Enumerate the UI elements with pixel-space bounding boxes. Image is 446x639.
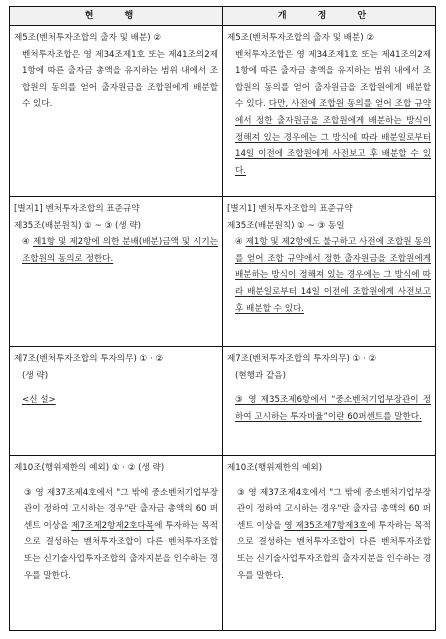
article-title: 제7조(벤처투자조합의 투자의무) ① · ② (14, 351, 218, 368)
same-note: (현행과 같음) (227, 368, 431, 385)
article-title: 제5조(벤처투자조합의 출자 및 배분) ② (227, 30, 431, 47)
table-row: 제10조(행위제한의 예외) ① · ② (생 략) ③ 영 제37조제4호에서… (10, 456, 436, 631)
added-text: ③ 영 제35조제6항에서 “중소벤처기업부장관이 정하여 고시하는 투자비율”… (235, 395, 431, 422)
table-row: [별지1] 벤처투자조합의 표준규약 제35조(배분원칙) ① ~ ③ (생 략… (10, 197, 436, 347)
cell-revised: 제7조(벤처투자조합의 투자의무) ① · ② (현행과 같음) ③ 영 제35… (223, 347, 436, 456)
changed-text: 영 제35조제7항제3호 (284, 521, 367, 531)
header-revised: 개 정 안 (223, 7, 436, 26)
header-row: 현 행 개 정 안 (10, 7, 436, 26)
new-marker: <신 설> (22, 395, 56, 405)
cell-revised: [별지1] 벤처투자조합의 표준규약 제35조(배분원칙) ① ~ ③ 동일 ④… (223, 197, 436, 347)
article-title: 제10조(행위제한의 예외) (227, 460, 431, 477)
added-text: 다만, 사전에 조합원 동의를 얻어 조합 규약에서 정한 출자원금을 조합원에… (235, 99, 431, 175)
appendix-title: [별지1] 벤처투자조합의 표준규약 (227, 201, 431, 218)
article-body: 벤처투자조합은 영 제34조제1호 또는 제41조의2제1항에 따른 출자금 총… (14, 47, 218, 113)
cell-revised: 제5조(벤처투자조합의 출자 및 배분) ② 벤처투자조합은 영 제34조제1호… (223, 26, 436, 197)
comparison-table: 현 행 개 정 안 제5조(벤처투자조합의 출자 및 배분) ② 벤처투자조합은… (9, 6, 436, 631)
cell-current: [별지1] 벤처투자조합의 표준규약 제35조(배분원칙) ① ~ ③ (생 략… (10, 197, 223, 347)
changed-text: 제1항 및 제2항에 의한 분배(배분)금액 및 시기는 조합원의 동의로 정한… (22, 237, 218, 264)
table-row: 제7조(벤처투자조합의 투자의무) ① · ② (생 략) <신 설> 제7조(… (10, 347, 436, 456)
table-row: 제5조(벤처투자조합의 출자 및 배분) ② 벤처투자조합은 영 제34조제1호… (10, 26, 436, 197)
changed-text: 제7조제2항제2호다목 (71, 521, 154, 531)
item-number: ④ (235, 237, 243, 247)
article-title: 제35조(배분원칙) ① ~ ③ (생 략) (14, 218, 218, 235)
article-title: 제10조(행위제한의 예외) ① · ② (생 략) (14, 460, 218, 477)
added-text: 제1항 및 제2항에도 불구하고 사전에 조합원 동의를 얻어 조합 규약에서 … (235, 237, 431, 313)
cell-current: 제5조(벤처투자조합의 출자 및 배분) ② 벤처투자조합은 영 제34조제1호… (10, 26, 223, 197)
item-number: ④ (22, 237, 30, 247)
article-title: 제35조(배분원칙) ① ~ ③ 동일 (227, 218, 431, 235)
article-title: 제7조(벤처투자조합의 투자의무) ① · ② (227, 351, 431, 368)
cell-current: 제10조(행위제한의 예외) ① · ② (생 략) ③ 영 제37조제4호에서… (10, 456, 223, 631)
header-current: 현 행 (10, 7, 223, 26)
article-title: 제5조(벤처투자조합의 출자 및 배분) ② (14, 30, 218, 47)
cell-revised: 제10조(행위제한의 예외) ③ 영 제37조제4호에서 "그 밖에 중소벤처기… (223, 456, 436, 631)
cell-current: 제7조(벤처투자조합의 투자의무) ① · ② (생 략) <신 설> (10, 347, 223, 456)
omitted-note: (생 략) (14, 368, 218, 385)
appendix-title: [별지1] 벤처투자조합의 표준규약 (14, 201, 218, 218)
